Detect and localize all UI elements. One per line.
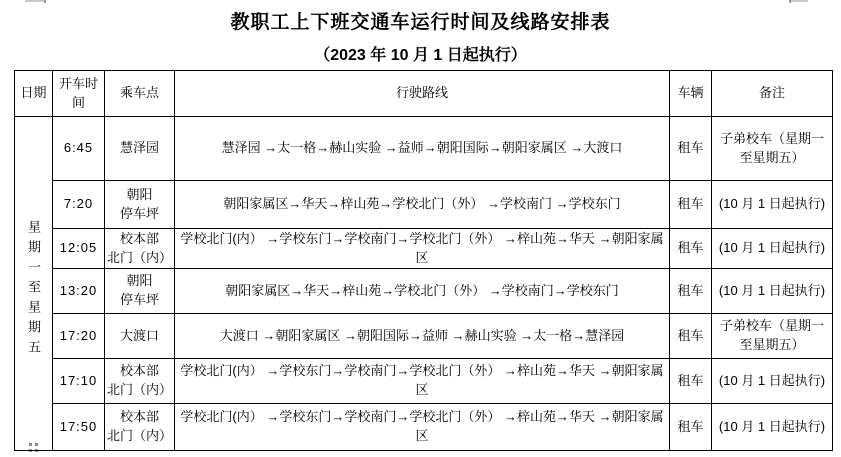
note: (10 月 1 日起执行) [712, 404, 833, 451]
route: 学校北门(内） →学校东门→学校南门→学校北门（外） →梓山苑→华天 →朝阳家属… [175, 359, 670, 404]
route: 朝阳家属区→华天→梓山苑→学校北门（外） →学校南门 →学校东门 [175, 181, 670, 229]
departure-time: 17:20 [53, 314, 105, 359]
table-row: 17:10 校本部 北门（内） 学校北门(内） →学校东门→学校南门→学校北门（… [15, 359, 833, 404]
departure-time: 7:20 [53, 181, 105, 229]
vehicle: 租车 [670, 359, 712, 404]
window-edge-artifact-left [25, 0, 45, 2]
table-row: 17:50 校本部 北门（内） 学校北门(内） →学校东门→学校南门→学校北门（… [15, 404, 833, 451]
window-edge-artifact-right [790, 0, 808, 2]
boarding-point: 校本部 北门（内） [105, 229, 175, 269]
route: 学校北门(内） →学校东门→学校南门→学校北门（外） →梓山苑→华天 →朝阳家属… [175, 404, 670, 451]
page-subtitle: （2023 年 10 月 1 日起执行） [0, 42, 841, 65]
document-page: 教职工上下班交通车运行时间及线路安排表 （2023 年 10 月 1 日起执行）… [0, 0, 841, 457]
vehicle: 租车 [670, 269, 712, 314]
note: 子弟校车（星期一 至星期五） [712, 314, 833, 359]
vehicle: 租车 [670, 404, 712, 451]
vehicle: 租车 [670, 181, 712, 229]
note: (10 月 1 日起执行) [712, 359, 833, 404]
col-header-time: 开车时 间 [53, 71, 105, 117]
table-row: 12:05 校本部 北门（内） 学校北门(内） →学校东门→学校南门→学校北门（… [15, 229, 833, 269]
col-header-stop: 乘车点 [105, 71, 175, 117]
boarding-point: 朝阳 停车坪 [105, 181, 175, 229]
boarding-point: 朝阳 停车坪 [105, 269, 175, 314]
date-span-label: 星期一至星期五 [27, 220, 40, 360]
table-header-row: 日期 开车时 间 乘车点 行驶路线 车辆 备注 [15, 71, 833, 117]
table-row: 17:20 大渡口 大渡口 →朝阳家属区 →朝阳国际→益师 →赫山实验 →太一格… [15, 314, 833, 359]
boarding-point: 慧泽园 [105, 117, 175, 181]
bus-schedule-table: 日期 开车时 间 乘车点 行驶路线 车辆 备注 星期一至星期五 6:45 慧泽园… [14, 70, 833, 451]
col-header-route: 行驶路线 [175, 71, 670, 117]
note: (10 月 1 日起执行) [712, 269, 833, 314]
boarding-point: 大渡口 [105, 314, 175, 359]
route: 大渡口 →朝阳家属区 →朝阳国际→益师 →赫山实验 →太一格→慧泽园 [175, 314, 670, 359]
date-span-cell: 星期一至星期五 [15, 117, 53, 451]
departure-time: 17:50 [53, 404, 105, 451]
departure-time: 6:45 [53, 117, 105, 181]
departure-time: 17:10 [53, 359, 105, 404]
col-header-vehicle: 车辆 [670, 71, 712, 117]
note: 子弟校车（星期一 至星期五） [712, 117, 833, 181]
table-row: 7:20 朝阳 停车坪 朝阳家属区→华天→梓山苑→学校北门（外） →学校南门 →… [15, 181, 833, 229]
route: 慧泽园 →太一格→赫山实验 →益师→朝阳国际→朝阳家属区 →大渡口 [175, 117, 670, 181]
route: 朝阳家属区→华天→梓山苑→学校北门（外） →学校南门→学校东门 [175, 269, 670, 314]
note: (10 月 1 日起执行) [712, 229, 833, 269]
boarding-point: 校本部 北门（内） [105, 359, 175, 404]
departure-time: 12:05 [53, 229, 105, 269]
page-title: 教职工上下班交通车运行时间及线路安排表 [0, 7, 841, 34]
route: 学校北门(内） →学校东门→学校南门→学校北门（外） →梓山苑→华天 →朝阳家属… [175, 229, 670, 269]
departure-time: 13:20 [53, 269, 105, 314]
table-row: 13:20 朝阳 停车坪 朝阳家属区→华天→梓山苑→学校北门（外） →学校南门→… [15, 269, 833, 314]
boarding-point: 校本部 北门（内） [105, 404, 175, 451]
col-header-note: 备注 [712, 71, 833, 117]
vehicle: 租车 [670, 117, 712, 181]
vehicle: 租车 [670, 314, 712, 359]
col-header-date: 日期 [15, 71, 53, 117]
note: (10 月 1 日起执行) [712, 181, 833, 229]
vehicle: 租车 [670, 229, 712, 269]
table-row: 星期一至星期五 6:45 慧泽园 慧泽园 →太一格→赫山实验 →益师→朝阳国际→… [15, 117, 833, 181]
